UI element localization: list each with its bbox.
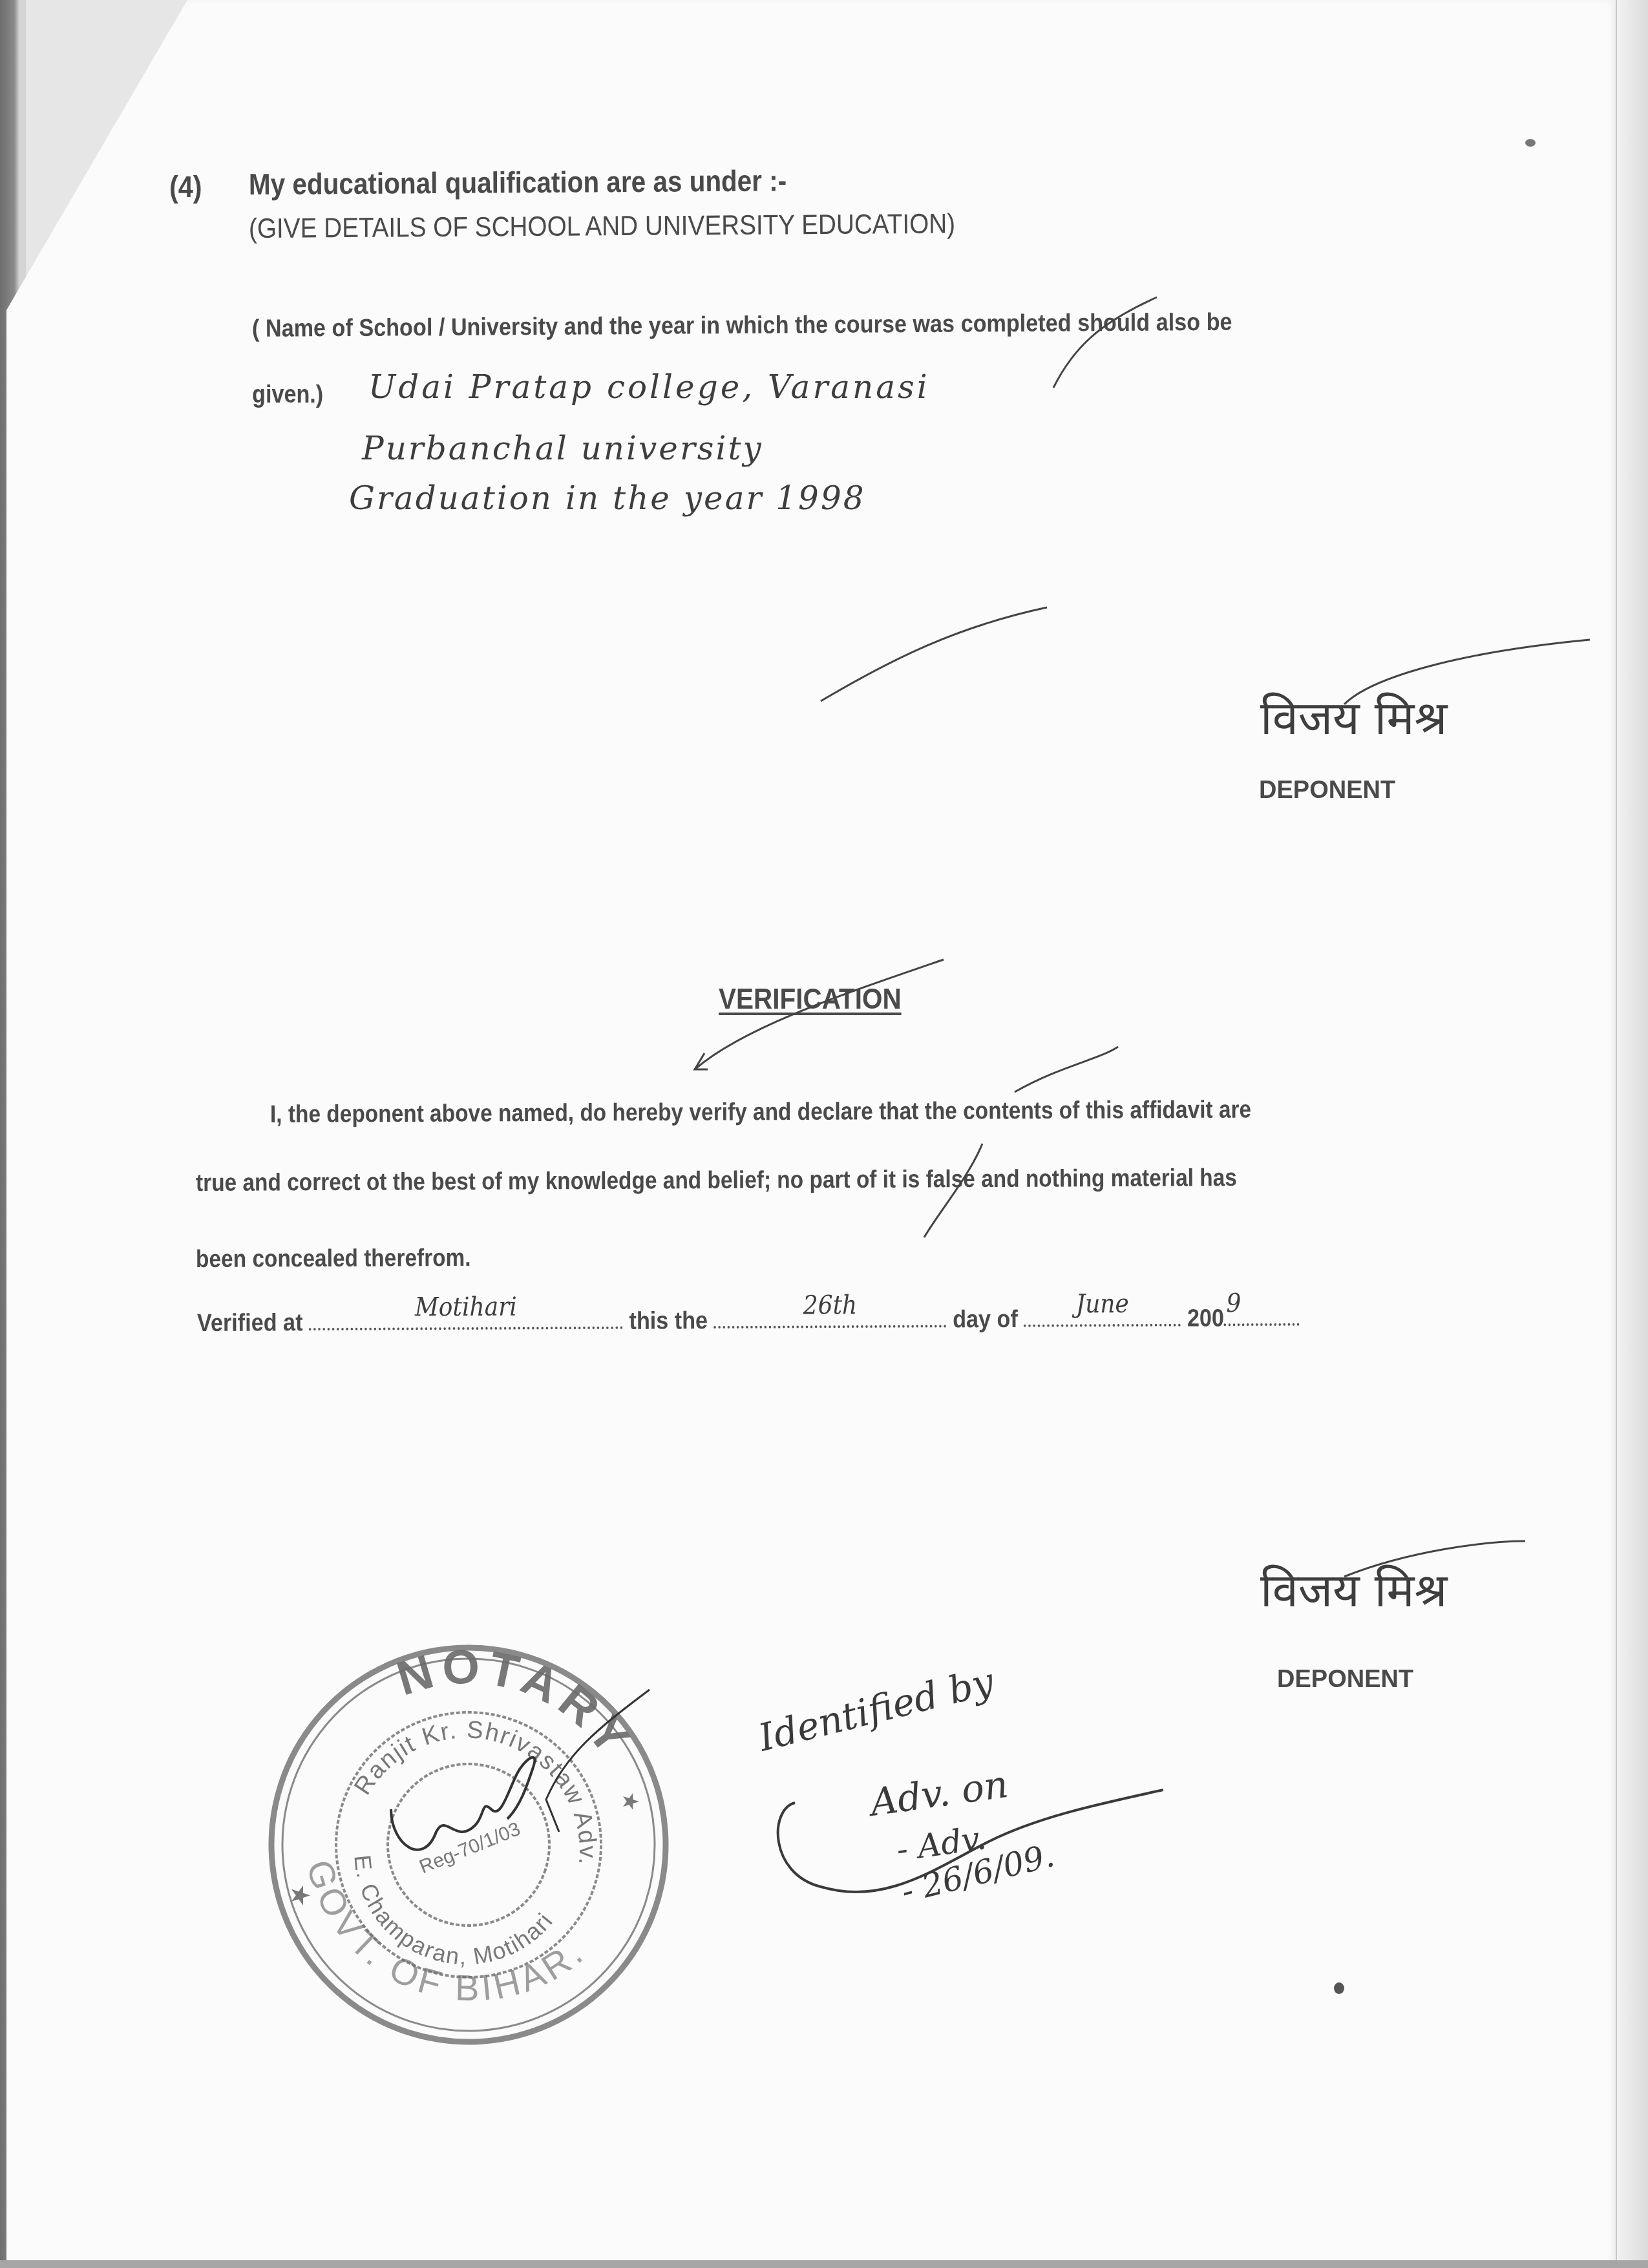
notary-stamp: NOTARY Ranjit Kr. Shrivastaw Adv. E. Cha… bbox=[262, 1638, 675, 2052]
month-value: June bbox=[1024, 1289, 1181, 1319]
day-field[interactable]: 26th bbox=[714, 1303, 947, 1328]
attestation-note: Identified by Adv. on - Adv. - 26/6/09. bbox=[743, 1654, 1163, 1926]
verification-title: VERIFICATION bbox=[719, 983, 902, 1016]
verification-line-3: been concealed therefrom. bbox=[196, 1244, 471, 1274]
stamp-top-text: NOTARY bbox=[377, 1638, 659, 1778]
page-bottom-edge bbox=[0, 2260, 1648, 2268]
month-field[interactable]: June bbox=[1024, 1302, 1181, 1327]
instruction-line-2: given.) bbox=[252, 381, 323, 409]
stamp-center-text: Reg-70/1/03 bbox=[416, 1818, 523, 1878]
ink-spot bbox=[1334, 1982, 1344, 1994]
verified-place-field[interactable]: Motihari bbox=[309, 1305, 623, 1330]
stamp-star-icon: ★ bbox=[617, 1787, 644, 1816]
year-prefix: 200 bbox=[1187, 1305, 1224, 1332]
attestation-line-2: Adv. on bbox=[865, 1762, 1011, 1825]
section-heading: My educational qualification are as unde… bbox=[249, 163, 787, 202]
verified-at-label: Verified at bbox=[197, 1309, 303, 1337]
handwritten-graduation-year: Graduation in the year 1998 bbox=[349, 479, 866, 517]
handwritten-college: Udai Pratap college, Varanasi bbox=[368, 368, 930, 406]
verified-place-value: Motihari bbox=[309, 1292, 623, 1323]
deponent-signature-1: विजय मिश्र bbox=[1260, 685, 1447, 748]
year-field[interactable]: 9 bbox=[1224, 1301, 1300, 1327]
verification-line-1: I, the deponent above named, do hereby v… bbox=[270, 1096, 1251, 1129]
attestation-line-1: Identified by bbox=[754, 1659, 999, 1760]
handwritten-university: Purbanchal university bbox=[362, 430, 763, 467]
day-of-label: day of bbox=[953, 1306, 1018, 1333]
deponent-label-2: DEPONENT bbox=[1277, 1666, 1413, 1694]
year-value: 9 bbox=[1226, 1288, 1300, 1319]
section-subheading: (GIVE DETAILS OF SCHOOL AND UNIVERSITY E… bbox=[249, 209, 955, 245]
section-number: (4) bbox=[169, 169, 202, 204]
deponent-label-1: DEPONENT bbox=[1259, 777, 1395, 804]
stamp-star-icon: ★ bbox=[284, 1878, 315, 1913]
verified-at-row: Verified at Motihari this the 26th day o… bbox=[197, 1301, 1300, 1338]
ink-spot bbox=[1525, 139, 1536, 147]
this-the-label: this the bbox=[629, 1307, 708, 1335]
verification-line-2: true and correct ot the best of my knowl… bbox=[196, 1164, 1237, 1197]
deponent-signature-2: विजय मिश्र bbox=[1260, 1557, 1447, 1621]
day-value: 26th bbox=[713, 1290, 946, 1321]
page-right-edge bbox=[1616, 0, 1648, 2268]
